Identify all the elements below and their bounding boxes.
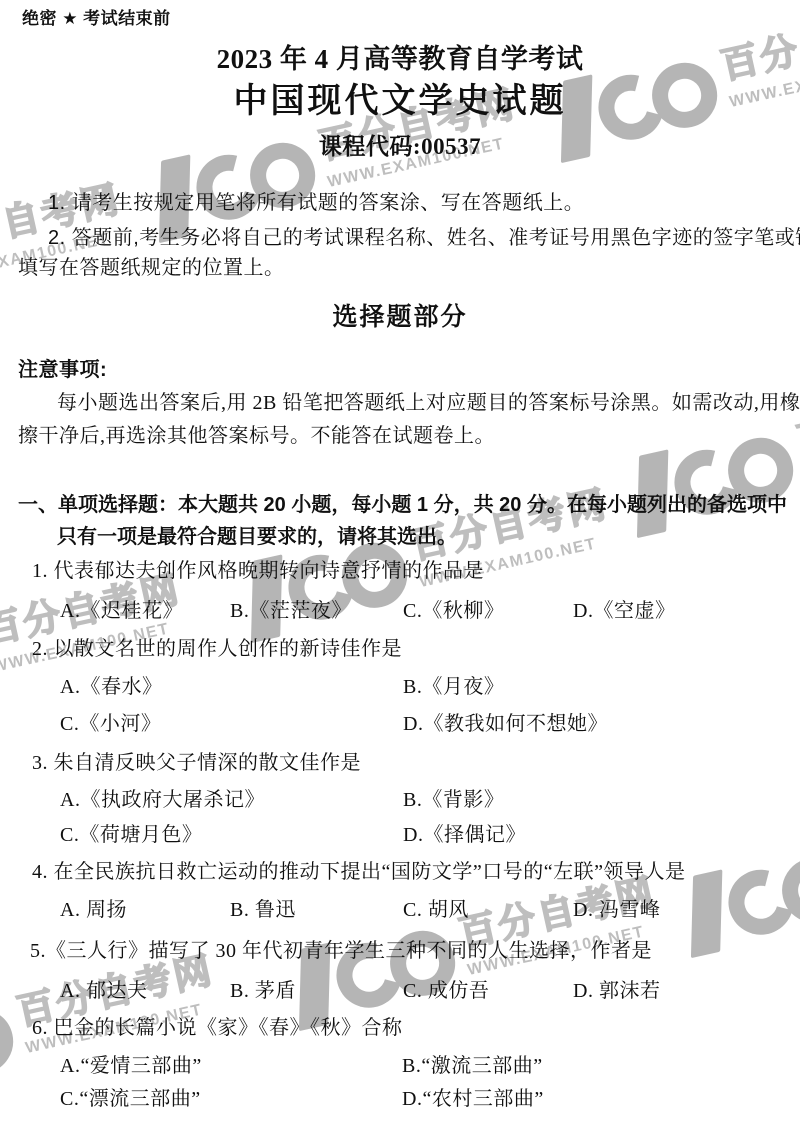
option-item: A.《春水》 (60, 676, 162, 699)
logo-digit-1 (691, 869, 722, 958)
option-item: A.《执政府大屠杀记》 (60, 789, 265, 812)
option-item: A.“爱情三部曲” (60, 1055, 202, 1078)
notice-title: 注意事项: (18, 359, 107, 382)
option-item: A. 郁达夫 (60, 980, 147, 1003)
option-item: C.《小河》 (60, 713, 161, 736)
logo-ring-c (716, 857, 800, 946)
option-item: D.《空虚》 (573, 600, 675, 623)
option-item: A. 周扬 (60, 899, 127, 922)
option-item: B.《背影》 (403, 789, 504, 812)
watermark-site-name: 百分自考网 (791, 369, 800, 465)
option-item: B. 鲁迅 (230, 899, 296, 922)
instruction-line-3: 填写在答题纸规定的位置上。 (18, 257, 285, 280)
option-item: C.《荷塘月色》 (60, 824, 202, 847)
question-text: 2. 以散文名世的周作人创作的新诗佳作是 (32, 638, 402, 661)
option-item: D. 冯雪峰 (573, 899, 660, 922)
exam100-logo-icon (291, 915, 463, 1031)
option-item: D.《教我如何不想她》 (403, 713, 608, 736)
logo-ring-o (776, 851, 800, 929)
option-item: A.《迟桂花》 (60, 600, 183, 623)
exam100-logo-icon (629, 422, 800, 538)
notice-line-1: 每小题选出答案后,用 2B 铅笔把答题纸上对应题目的答案标号涂黑。如需改动,用橡… (57, 392, 800, 415)
option-item: D.“农村三部曲” (402, 1088, 544, 1111)
question-text: 1. 代表郁达夫创作风格晚期转向诗意抒情的作品是 (32, 560, 484, 583)
exam100-logo-icon (683, 842, 800, 958)
exam-title: 2023 年 4 月高等教育自学考试 (0, 44, 800, 75)
option-item: C.《秋柳》 (403, 600, 504, 623)
watermark-text: 百分自考网WWW.EXAM100.NET (791, 369, 800, 487)
option-item: C.“漂流三部曲” (60, 1088, 201, 1111)
watermark-site-name: 百分自考网 (0, 169, 125, 265)
course-code: 课程代码:00537 (0, 134, 800, 160)
option-item: B.《茫茫夜》 (230, 600, 352, 623)
instruction-line-1: 1. 请考生按规定用笔将所有试题的答案涂、写在答题纸上。 (48, 192, 584, 215)
watermark: 百分自考网WWW.EXAM100.NET (683, 796, 800, 958)
question-text: 3. 朱自清反映父子情深的散文佳作是 (32, 752, 361, 775)
question-text: 5.《三人行》描写了 30 年代初青年学生三种不同的人生选择，作者是 (30, 940, 652, 963)
option-item: B.《月夜》 (403, 676, 504, 699)
option-item: B.“激流三部曲” (402, 1055, 543, 1078)
instruction-line-2: 2. 答题前,考生务必将自己的考试课程名称、姓名、准考证号用黑色字迹的签字笔或钢… (48, 227, 800, 250)
exam100-logo-icon (0, 993, 21, 1109)
secrecy-label: 绝密 ★ 考试结束前 (22, 9, 171, 29)
option-item: C. 成仿吾 (403, 980, 489, 1003)
option-item: C. 胡风 (403, 899, 469, 922)
section-heading-line-2: 只有一项是最符合题目要求的，请将其选出。 (57, 526, 457, 549)
notice-line-2: 擦干净后,再选涂其他答案标号。不能答在试题卷上。 (18, 425, 495, 448)
paper-title: 中国现代文学史试题 (0, 82, 800, 121)
logo-ring-o (0, 1002, 19, 1080)
watermark-site-name: 百分自考网 (405, 474, 612, 570)
question-text: 6. 巴金的长篇小说《家》《春》《秋》合称 (32, 1017, 403, 1040)
option-item: D. 郭沫若 (573, 980, 660, 1003)
section-heading-line-1: 一、单项选择题：本大题共 20 小题，每小题 1 分，共 20 分。在每小题列出… (18, 494, 787, 517)
option-item: B. 茅盾 (230, 980, 296, 1003)
option-item: D.《择偶记》 (403, 824, 526, 847)
part-title: 选择题部分 (0, 303, 800, 332)
question-text: 4. 在全民族抗日救亡运动的推动下提出“国防文学”口号的“左联”领导人是 (32, 861, 686, 884)
exam-paper-page: 百分自考网WWW.EXAM100.NET百分自考网WWW.EXAM100.NET… (0, 0, 800, 1127)
